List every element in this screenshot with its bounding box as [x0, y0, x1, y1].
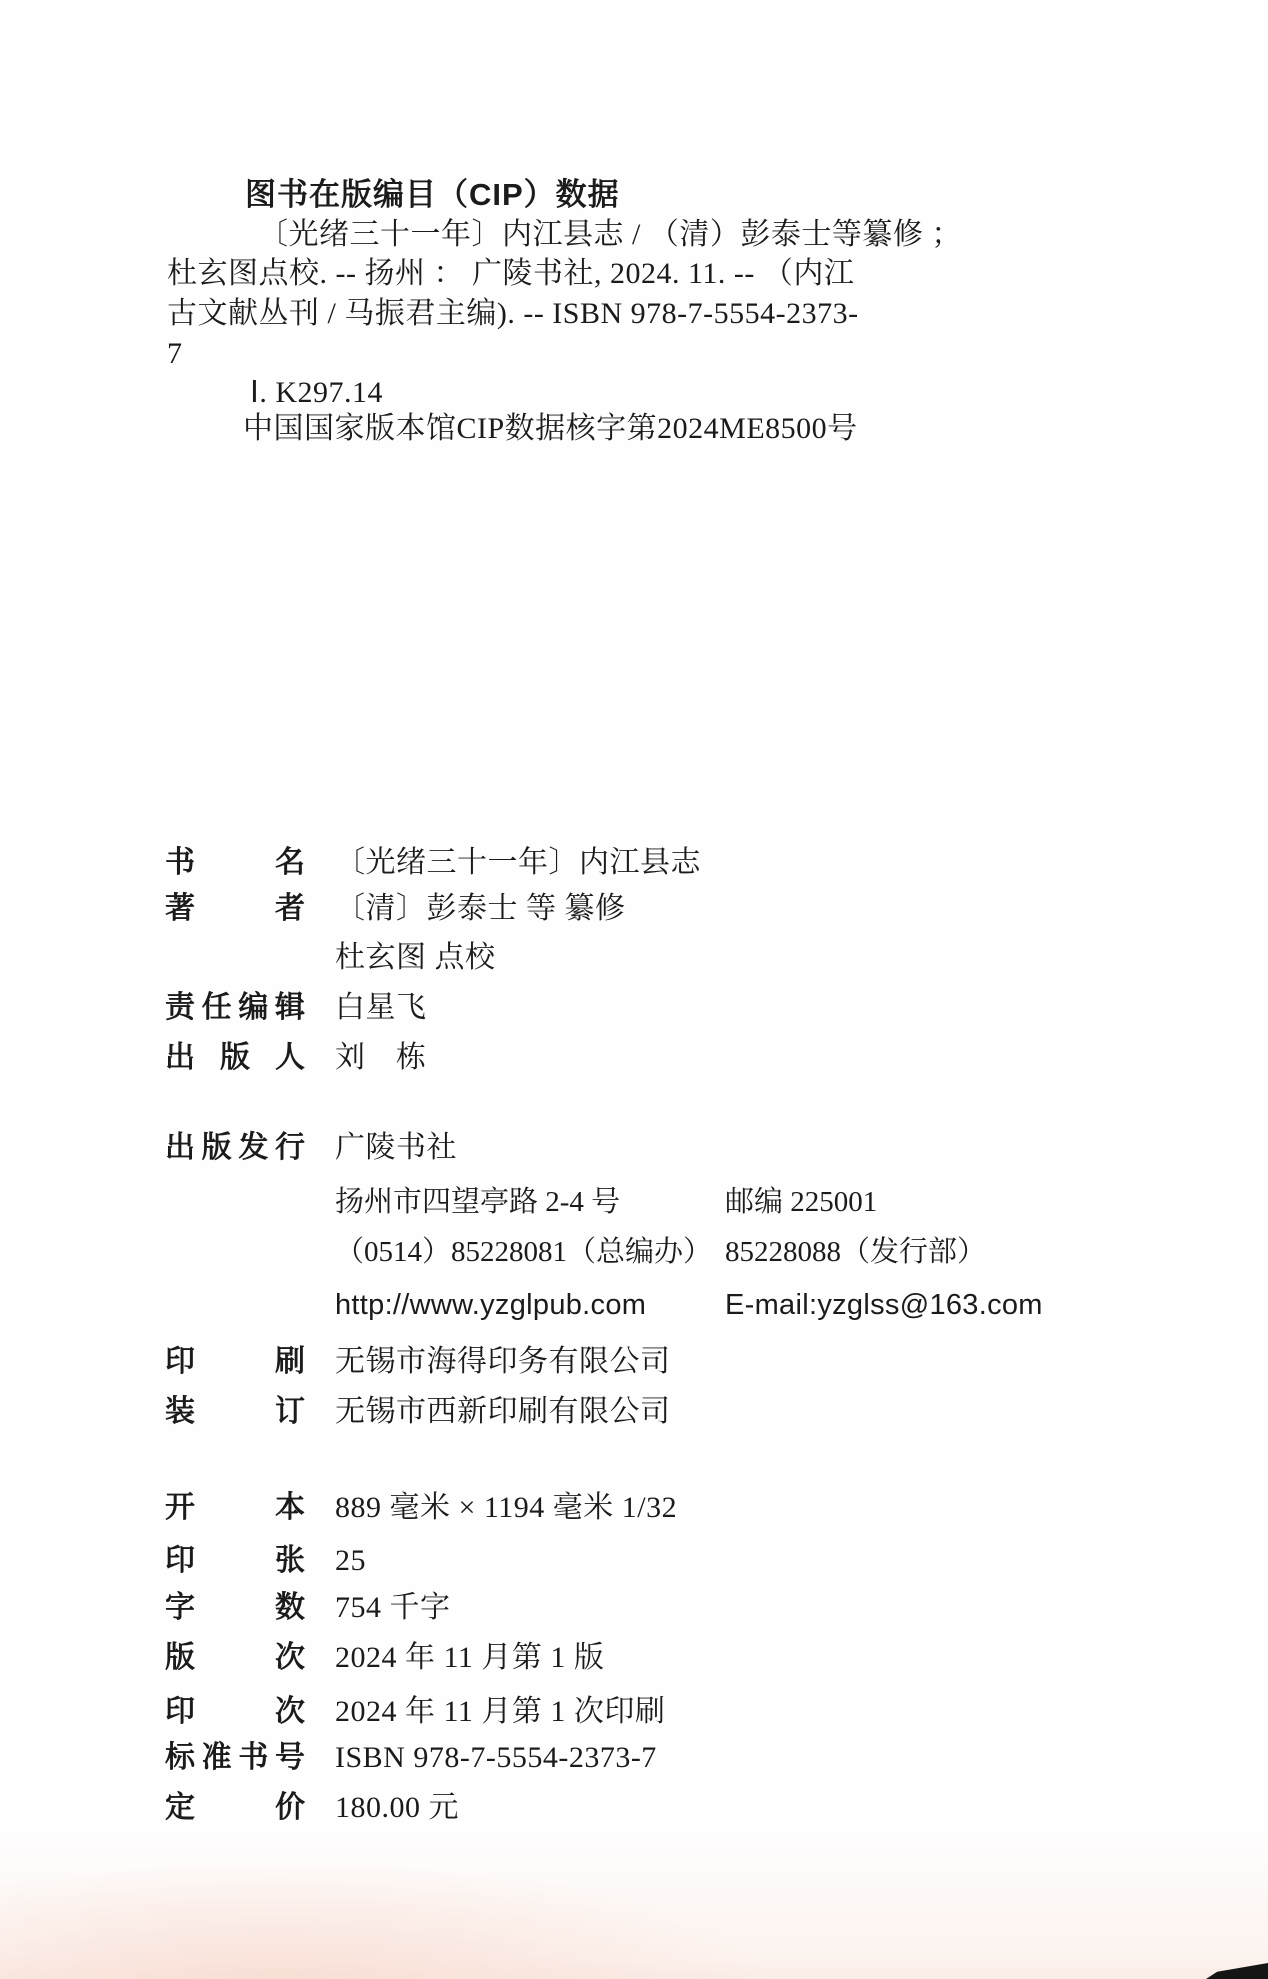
phone-dist-text: 85228088（发行部）	[725, 1236, 986, 1269]
row-impression: 印次2024 年 11 月第 1 次印刷	[165, 1695, 665, 1730]
row-edition: 版次2024 年 11 月第 1 版	[165, 1641, 604, 1676]
cip-record-number: 中国国家版本馆CIP数据核字第2024ME8500号	[243, 412, 858, 445]
author-value: 〔清〕彭泰士 等 纂修	[335, 892, 626, 925]
printing-label: 印刷	[165, 1345, 305, 1380]
price-value: 180.00 元	[335, 1791, 459, 1824]
binding-value: 无锡市西新印刷有限公司	[335, 1395, 671, 1428]
format-value: 889 毫米 × 1194 毫米 1/32	[335, 1491, 677, 1524]
proofreader-value: 杜玄图 点校	[335, 941, 496, 974]
row-format: 开本889 毫米 × 1194 毫米 1/32	[165, 1491, 677, 1526]
impression-label: 印次	[165, 1695, 305, 1730]
row-price: 定价180.00 元	[165, 1791, 459, 1826]
word-count-value: 754 千字	[335, 1591, 451, 1624]
impression-value: 2024 年 11 月第 1 次印刷	[335, 1695, 665, 1728]
cip-heading: 图书在版编目（CIP）数据	[245, 178, 620, 212]
cip-line-4: 7	[167, 337, 183, 370]
publisher-label: 出版发行	[165, 1131, 305, 1166]
cip-line-2: 杜玄图点校. -- 扬州 ： 广陵书社, 2024. 11. -- （内江	[167, 257, 854, 290]
row-printing: 印刷无锡市海得印务有限公司	[165, 1345, 671, 1380]
row-sheets: 印张25	[165, 1544, 366, 1579]
publisher-person-label: 出版人	[165, 1041, 305, 1076]
editor-label: 责任编辑	[165, 991, 305, 1026]
website-text: http://www.yzglpub.com	[335, 1289, 646, 1321]
row-web-email: http://www.yzglpub.com E-mail:yzglss@163…	[335, 1289, 646, 1322]
postcode-text: 邮编 225001	[725, 1186, 877, 1219]
edition-value: 2024 年 11 月第 1 版	[335, 1641, 604, 1674]
row-proofreader: 杜玄图 点校	[165, 941, 496, 976]
row-address: 扬州市四望亭路 2-4 号 邮编 225001	[335, 1186, 620, 1219]
row-phones: （0514）85228081（总编办） 85228088（发行部）	[335, 1236, 712, 1269]
printing-value: 无锡市海得印务有限公司	[335, 1345, 671, 1378]
address-text: 扬州市四望亭路 2-4 号	[335, 1186, 620, 1218]
binding-label: 装订	[165, 1395, 305, 1430]
publisher-value: 广陵书社	[335, 1131, 457, 1164]
row-book-title: 书名〔光绪三十一年〕内江县志	[165, 846, 701, 881]
price-label: 定价	[165, 1791, 305, 1826]
cip-line-3: 古文献丛刊 / 马振君主编). -- ISBN 978-7-5554-2373-	[167, 297, 859, 330]
page-bottom-shading	[0, 1829, 1268, 1979]
scan-corner-mark	[1206, 1963, 1268, 1979]
row-publisher: 出版发行广陵书社	[165, 1131, 457, 1166]
email-text: E-mail:yzglss@163.com	[725, 1289, 1043, 1322]
row-editor: 责任编辑白星飞	[165, 991, 427, 1026]
isbn-value: ISBN 978-7-5554-2373-7	[335, 1741, 657, 1774]
word-count-label: 字数	[165, 1591, 305, 1626]
sheets-label: 印张	[165, 1544, 305, 1579]
row-isbn: 标准书号ISBN 978-7-5554-2373-7	[165, 1741, 657, 1776]
editor-value: 白星飞	[335, 991, 427, 1024]
book-title-value: 〔光绪三十一年〕内江县志	[335, 846, 701, 879]
row-publisher-person: 出版人刘 栋	[165, 1041, 427, 1076]
edition-label: 版次	[165, 1641, 305, 1676]
cip-line-1: 〔光绪三十一年〕内江县志 / （清）彭泰士等纂修 ；	[258, 218, 962, 251]
phone-main-text: （0514）85228081（总编办）	[335, 1236, 712, 1268]
sheets-value: 25	[335, 1544, 366, 1577]
author-label: 著者	[165, 892, 305, 927]
cip-classification: Ⅰ. K297.14	[250, 376, 383, 409]
isbn-label: 标准书号	[165, 1741, 305, 1776]
publisher-person-value: 刘 栋	[335, 1041, 427, 1074]
book-title-label: 书名	[165, 846, 305, 881]
row-binding: 装订无锡市西新印刷有限公司	[165, 1395, 671, 1430]
format-label: 开本	[165, 1491, 305, 1526]
row-word-count: 字数754 千字	[165, 1591, 451, 1626]
row-author: 著者〔清〕彭泰士 等 纂修	[165, 892, 626, 927]
colophon-page: 图书在版编目（CIP）数据 〔光绪三十一年〕内江县志 / （清）彭泰士等纂修 ；…	[0, 0, 1268, 1979]
